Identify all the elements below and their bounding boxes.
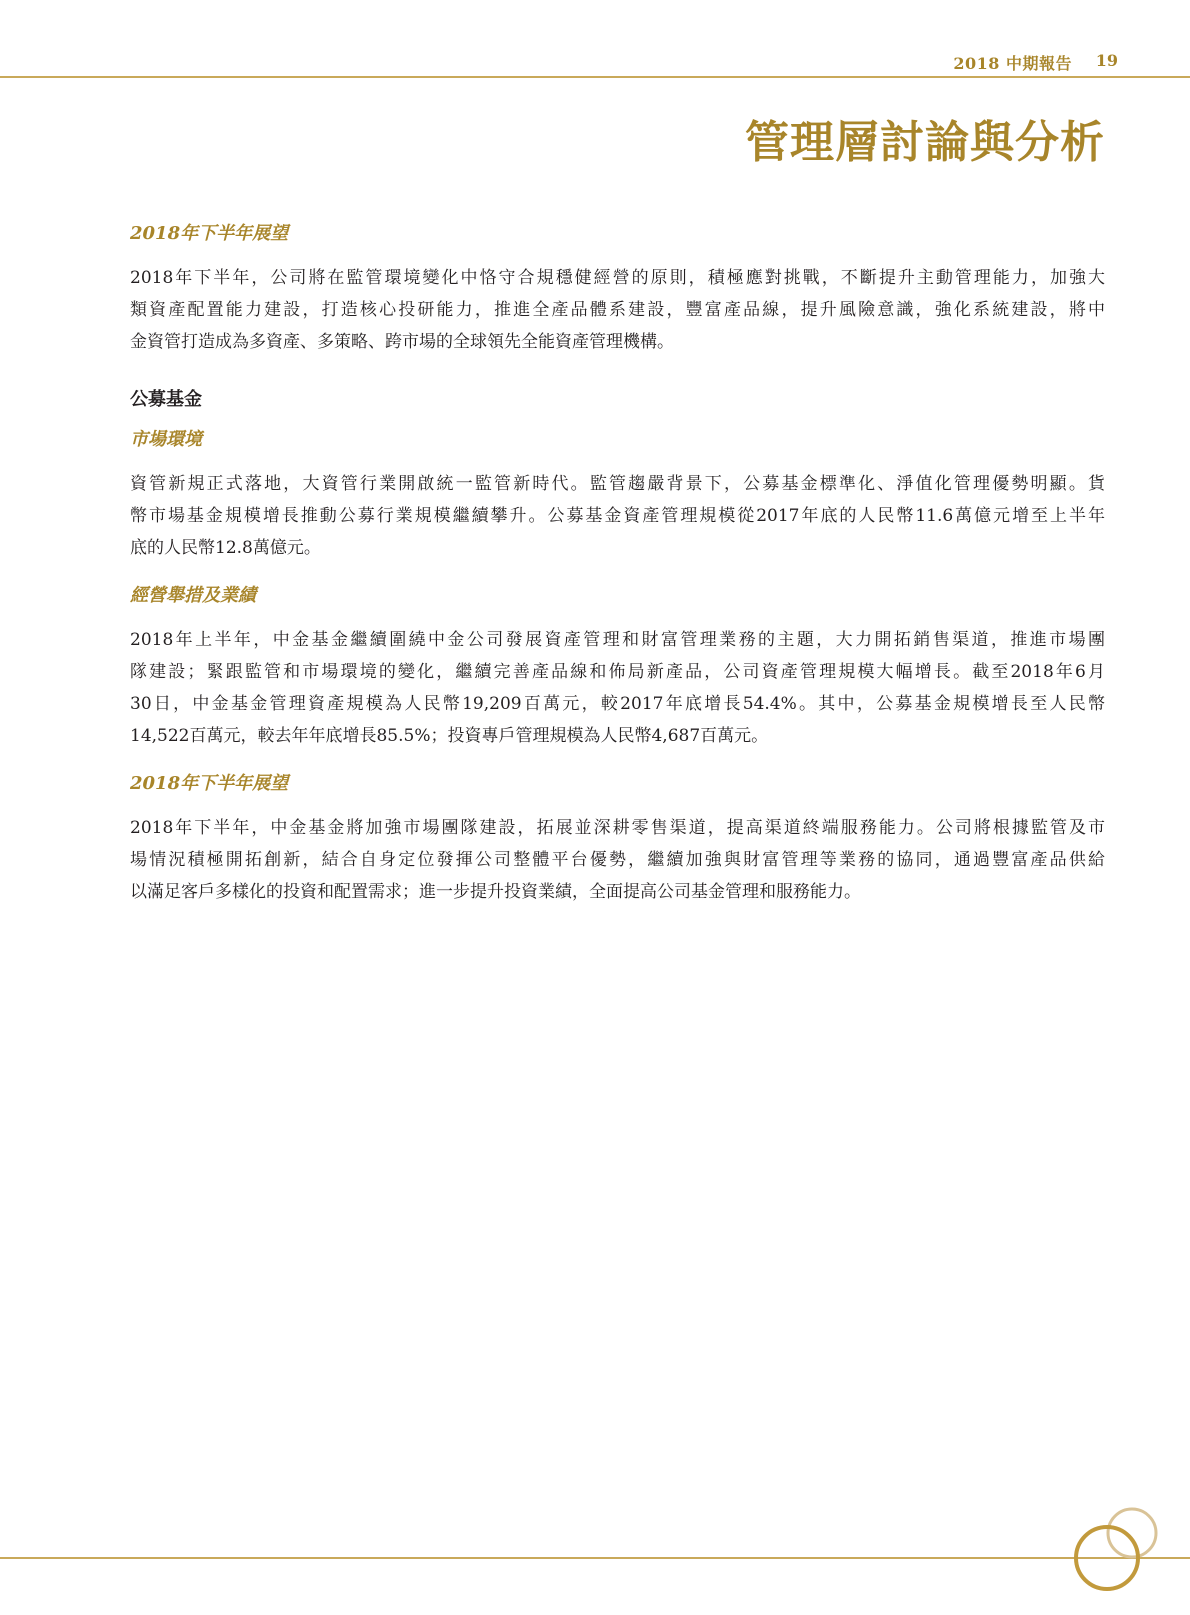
text-line: 30日，中金基金管理資產規模為人民幣19,209百萬元，較2017年底增長54.… (130, 688, 1105, 720)
paragraph: 2018年下半年，公司將在監管環境變化中恪守合規穩健經營的原則，積極應對挑戰，不… (130, 262, 1105, 358)
section-outlook-corporate: 2018年下半年展望 2018年下半年，公司將在監管環境變化中恪守合規穩健經營的… (130, 222, 1105, 358)
decorative-rings-icon (1060, 1495, 1190, 1605)
footer-divider (0, 1557, 1190, 1559)
page-number: 19 (1096, 51, 1118, 70)
text-line: 場情況積極開拓創新，結合自身定位發揮公司整體平台優勢，繼續加強與財富管理等業務的… (130, 844, 1105, 876)
text-line: 以滿足客戶多樣化的投資和配置需求；進一步提升投資業績，全面提高公司基金管理和服務… (130, 876, 1105, 908)
text-line: 幣市場基金規模增長推動公募行業規模繼續攀升。公募基金資產管理規模從2017年底的… (130, 500, 1105, 532)
paragraph: 2018年下半年，中金基金將加強市場團隊建設，拓展並深耕零售渠道，提高渠道終端服… (130, 812, 1105, 908)
running-header: 2018 中期報告 19 (0, 48, 1190, 76)
text-line: 14,522百萬元，較去年年底增長85.5%；投資專戶管理規模為人民幣4,687… (130, 720, 1105, 752)
text-line: 類資產配置能力建設，打造核心投研能力，推進全產品體系建設，豐富產品線，提升風險意… (130, 294, 1105, 326)
text-line: 2018年上半年，中金基金繼續圍繞中金公司發展資產管理和財富管理業務的主題，大力… (130, 624, 1105, 656)
text-line: 資管新規正式落地，大資管行業開啟統一監管新時代。監管趨嚴背景下，公募基金標準化、… (130, 468, 1105, 500)
section-heading: 經營舉措及業績 (130, 584, 1105, 608)
section-heading: 2018年下半年展望 (130, 772, 1105, 796)
text-line: 2018年下半年，公司將在監管環境變化中恪守合規穩健經營的原則，積極應對挑戰，不… (130, 262, 1105, 294)
paragraph: 資管新規正式落地，大資管行業開啟統一監管新時代。監管趨嚴背景下，公募基金標準化、… (130, 468, 1105, 564)
report-label: 2018 中期報告 (953, 51, 1072, 74)
text-line: 金資管打造成為多資產、多策略、跨市場的全球領先全能資產管理機構。 (130, 326, 1105, 358)
header-divider (0, 76, 1190, 78)
section-heading: 市場環境 (130, 428, 1105, 452)
text-line: 隊建設；緊跟監管和市場環境的變化，繼續完善產品線和佈局新產品，公司資產管理規模大… (130, 656, 1105, 688)
paragraph: 2018年上半年，中金基金繼續圍繞中金公司發展資產管理和財富管理業務的主題，大力… (130, 624, 1105, 752)
category-heading: 公募基金 (130, 388, 1105, 412)
section-operations-performance: 經營舉措及業績 2018年上半年，中金基金繼續圍繞中金公司發展資產管理和財富管理… (130, 584, 1105, 752)
main-content: 2018年下半年展望 2018年下半年，公司將在監管環境變化中恪守合規穩健經營的… (130, 222, 1105, 908)
section-public-funds: 公募基金 市場環境 資管新規正式落地，大資管行業開啟統一監管新時代。監管趨嚴背景… (130, 388, 1105, 564)
section-outlook-fund: 2018年下半年展望 2018年下半年，中金基金將加強市場團隊建設，拓展並深耕零… (130, 772, 1105, 908)
page-title: 管理層討論與分析 (745, 106, 1105, 170)
text-line: 2018年下半年，中金基金將加強市場團隊建設，拓展並深耕零售渠道，提高渠道終端服… (130, 812, 1105, 844)
text-line: 底的人民幣12.8萬億元。 (130, 532, 1105, 564)
section-heading: 2018年下半年展望 (130, 222, 1105, 246)
